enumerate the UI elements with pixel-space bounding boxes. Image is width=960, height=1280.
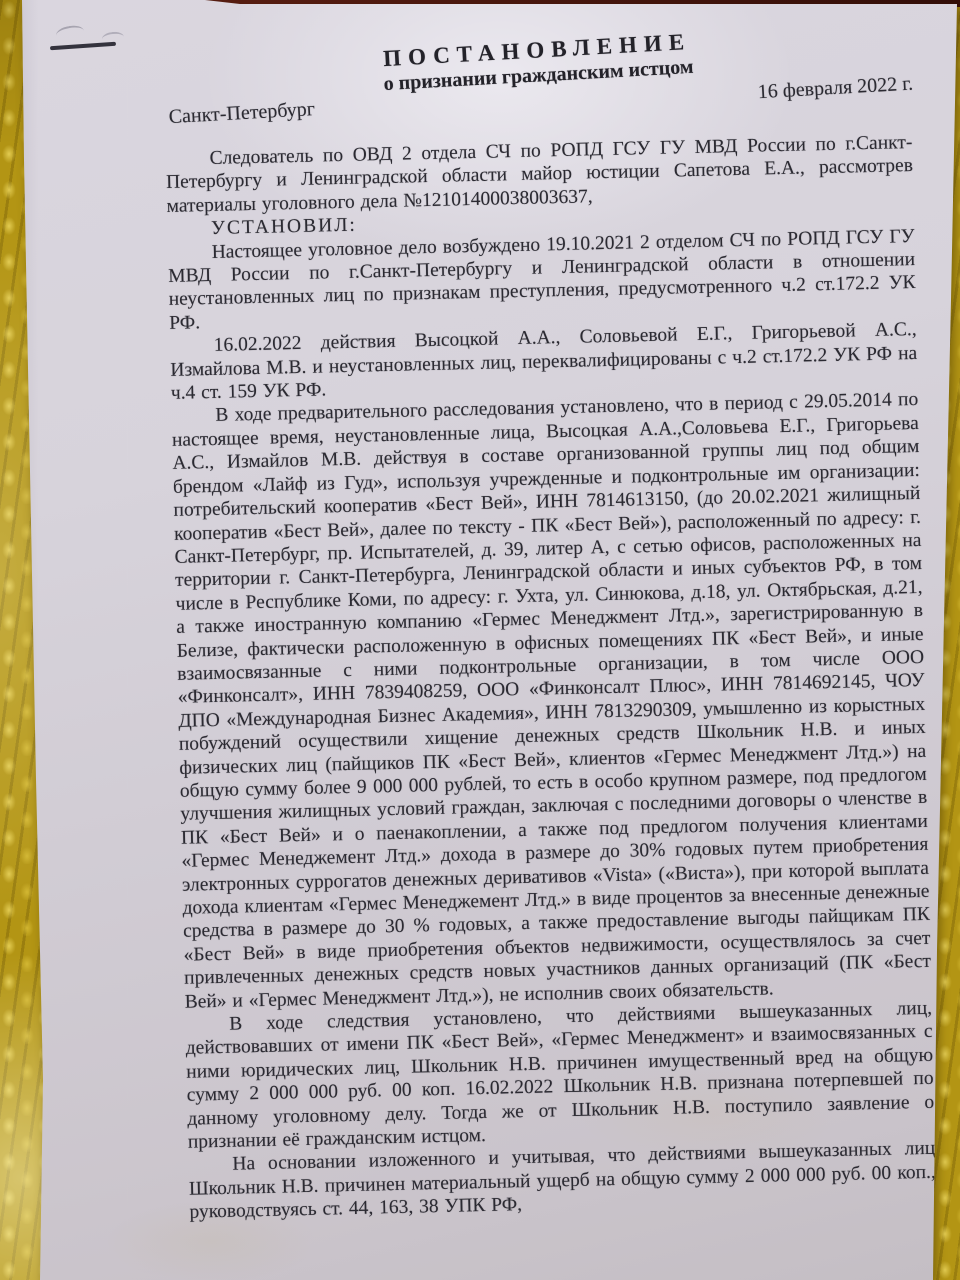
document-body: Следователь по ОВД 2 отдела СЧ по РОПД Г… xyxy=(165,131,936,1224)
document-date: 16 февраля 2022 г. xyxy=(757,73,914,105)
body-paragraph-3: В ходе предварительного расследования ус… xyxy=(171,388,932,1013)
paper-sheet: ПОСТАНОВЛЕНИЕ о признании гражданским ис… xyxy=(0,0,960,1280)
body-paragraph-4: В ходе следствия установлено, что действ… xyxy=(185,997,935,1154)
photo-of-document: { "colors": { "blanket_yellow": "#b39514… xyxy=(0,0,960,1280)
body-paragraph-1: Настоящее уголовное дело возбуждено 19.1… xyxy=(167,225,916,336)
document-content: ПОСТАНОВЛЕНИЕ о признании гражданским ис… xyxy=(163,29,937,1224)
pen-ghost-mark xyxy=(101,31,124,45)
pen-ghost-mark xyxy=(55,24,85,43)
paper-sheet-shadow: ПОСТАНОВЛЕНИЕ о признании гражданским ис… xyxy=(0,0,960,1280)
